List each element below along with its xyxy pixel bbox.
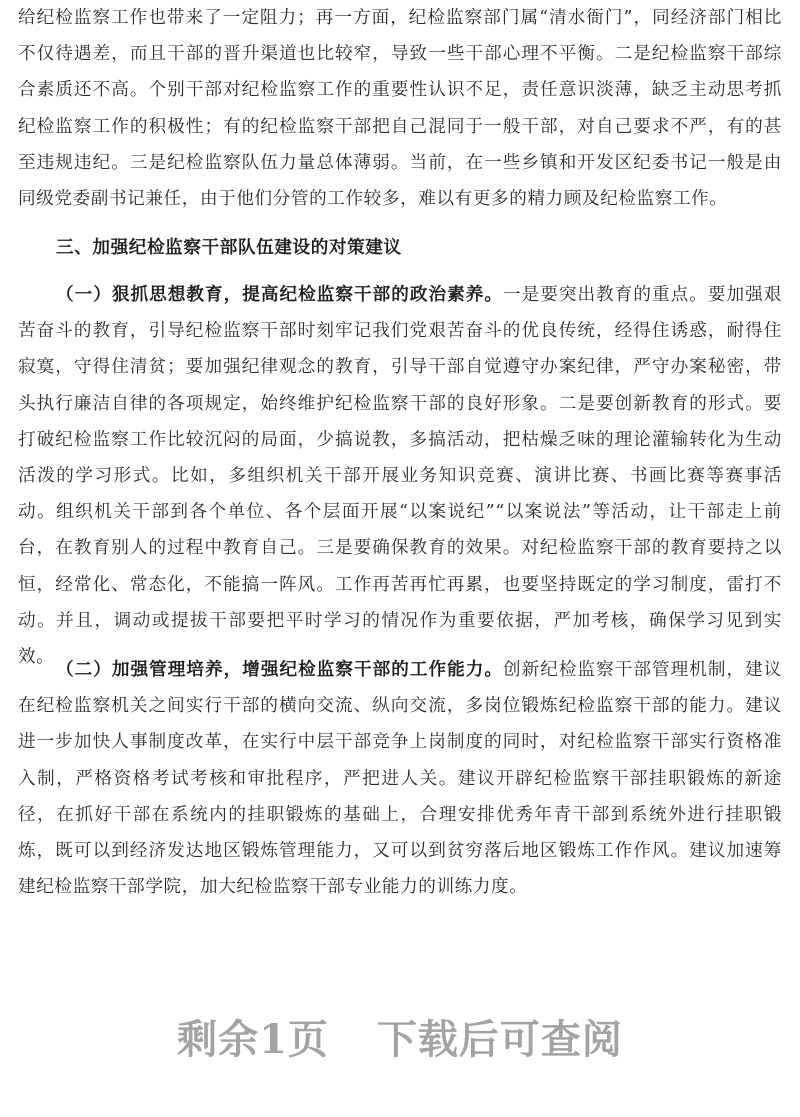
remaining-pages-label: 剩余1页: [177, 1016, 329, 1063]
document-page: 给纪检监察工作也带来了一定阻力；再一方面，纪检监察部门属“清水衙门”，同经济部门…: [0, 0, 800, 1117]
section-heading: 三、加强纪检监察干部队伍建设的对策建议: [56, 230, 402, 266]
continuation-paragraph: 给纪检监察工作也带来了一定阻力；再一方面，纪检监察部门属“清水衙门”，同经济部门…: [18, 0, 782, 217]
subsection-1-paragraph: （一）狠抓思想教育，提高纪检监察干部的政治素养。一是要突出教育的重点。要加强艰苦…: [18, 277, 782, 675]
download-prompt-banner[interactable]: 剩余1页下载后可查阅: [0, 1012, 800, 1068]
subsection-2-body: 创新纪检监察干部管理机制，建议在纪检监察机关之间实行干部的横向交流、纵向交流，多…: [18, 660, 782, 897]
subsection-1-lead: （一）狠抓思想教育，提高纪检监察干部的政治素养。: [56, 284, 503, 305]
subsection-1-body: 一是要突出教育的重点。要加强艰苦奋斗的教育，引导纪检监察干部时刻牢记我们党艰苦奋…: [18, 285, 782, 667]
download-to-view-label: 下载后可查阅: [377, 1016, 623, 1063]
subsection-2-paragraph: （二）加强管理培养，增强纪检监察干部的工作能力。创新纪检监察干部管理机制，建议在…: [18, 652, 782, 905]
subsection-2-lead: （二）加强管理培养，增强纪检监察干部的工作能力。: [56, 659, 503, 680]
